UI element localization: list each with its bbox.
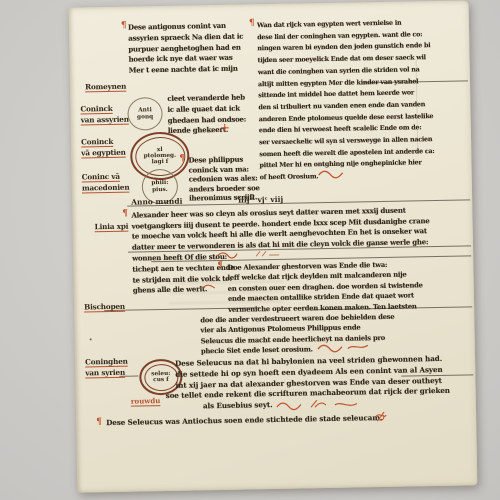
red-annotation-mark xyxy=(255,250,281,258)
red-flourish-icon xyxy=(216,251,238,259)
pilcrow-icon: ¶ xyxy=(179,154,185,164)
pilcrow-icon: ¶ xyxy=(122,209,128,219)
margin-label-linia-xpi: Linia xpi xyxy=(95,221,129,233)
red-cross-icon xyxy=(221,124,229,132)
text-block-antigonus: Dese antigonus conint van assyrien sprae… xyxy=(128,21,244,77)
red-flourish-icon xyxy=(202,283,216,291)
photo-background: Romeynen Coninck van assyrien Coninck vā… xyxy=(0,0,500,500)
margin-label-coninc-van-macedonien: Coninc vā macedonien xyxy=(82,171,130,194)
margin-label-coninck-van-assyrien: Coninck van assyrien xyxy=(80,103,129,126)
red-margin-note: rouwdu xyxy=(131,396,161,406)
margin-label-romeynen: Romeynen xyxy=(85,81,126,93)
text-block-doe-alexander: Doe Alexander ghestorven was Ende die tw… xyxy=(227,259,423,315)
margin-label-coninck-van-egyptien: Coninck vā egyptien xyxy=(81,136,126,159)
text-block-antigonus-wrap: cleet veranderde heb ic alle quaet dat i… xyxy=(167,92,246,137)
text-block-final-line: Dese Seleucus was Antiochus soen ende st… xyxy=(106,413,382,427)
text-block-alexander: Alexander heer was so cleyn als orosius … xyxy=(131,205,430,253)
red-flourish-icon xyxy=(317,343,343,353)
pilcrow-icon: ¶ xyxy=(121,21,127,31)
red-flourish-icon xyxy=(276,400,302,410)
anno-mundi-value: iiijᵐ vjᶜ viij xyxy=(238,195,283,205)
text-block-stou-line: wonnen heeft Of die stou: xyxy=(132,252,227,264)
margin-label-bischopen: Bischopen xyxy=(84,301,125,313)
red-flourish-icon xyxy=(347,343,369,351)
text-block-left-stub: tichept aen te vechten ende te strijden … xyxy=(132,263,235,297)
genealogy-circle-antigonus: Anti gonq xyxy=(127,97,163,131)
text-block-seleucus-line5: als Eusebius seyt. xyxy=(203,400,273,410)
text-block-egypten-column: Wan dat rijck van egypten wert vernielse… xyxy=(257,17,435,184)
pilcrow-icon: ¶ xyxy=(96,417,102,427)
red-flourish-icon xyxy=(374,411,388,423)
red-flourish-icon xyxy=(309,399,327,409)
manuscript-leaf: Romeynen Coninck van assyrien Coninck vā… xyxy=(69,0,478,492)
anno-mundi-label: Anno mundi xyxy=(131,197,182,207)
red-flourish-icon xyxy=(334,400,358,408)
ink-speck xyxy=(90,338,92,340)
red-flourish-icon xyxy=(318,169,344,179)
pilcrow-icon: ¶ xyxy=(249,18,255,28)
text-block-seleucus: Dese Seleucus na dat hi babylonien na ve… xyxy=(175,353,443,391)
margin-label-coninghen-van-syrien: Coninghen van syrien xyxy=(85,356,128,379)
